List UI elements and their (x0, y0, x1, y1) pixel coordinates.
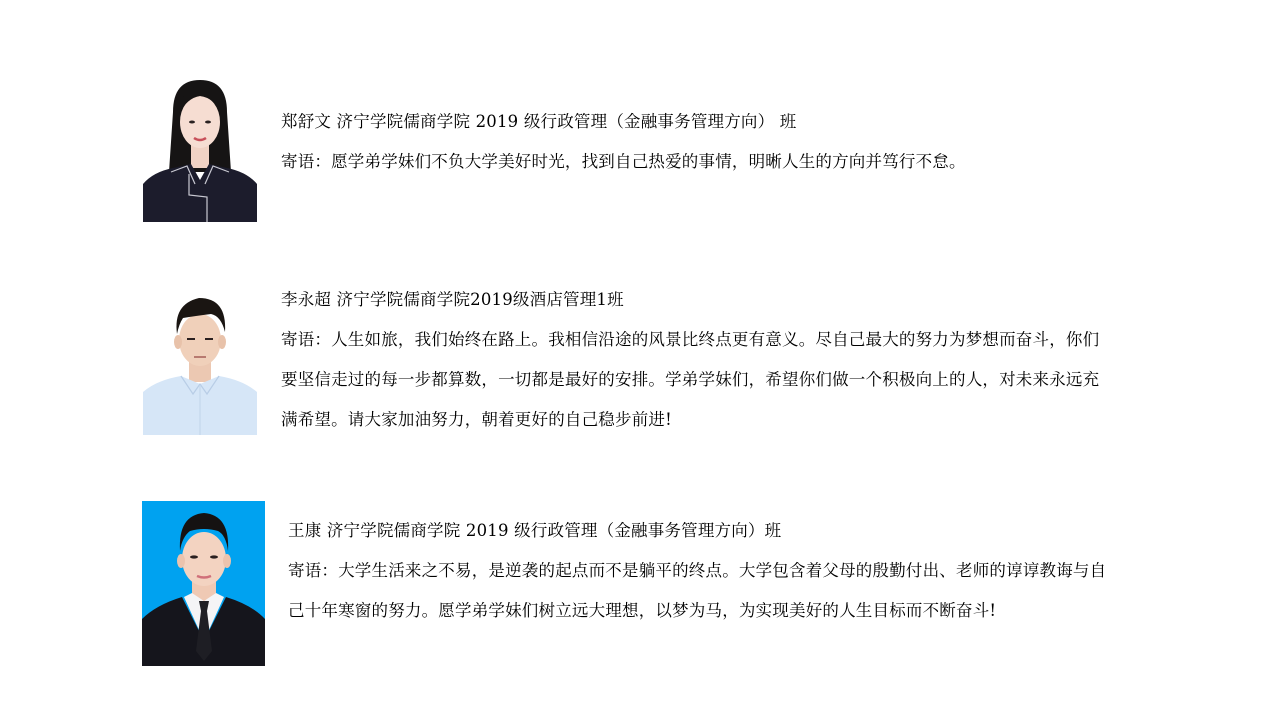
entry-3-text: 王康 济宁学院儒商学院 2019 级行政管理（金融事务管理方向）班 寄语：大学生… (288, 511, 1210, 631)
slide: 郑舒文 济宁学院儒商学院 2019 级行政管理（金融事务管理方向） 班 寄语：愿… (0, 0, 1280, 720)
portrait-photo-2 (143, 290, 257, 435)
entry-3-message-line-1: 寄语：大学生活来之不易，是逆袭的起点而不是躺平的终点。大学包含着父母的殷勤付出、… (288, 551, 1210, 591)
portrait-photo-3 (142, 501, 265, 666)
portrait-photo-1 (143, 72, 257, 222)
man-suit-portrait-icon (142, 501, 265, 666)
entry-2-text: 李永超 济宁学院儒商学院2019级酒店管理1班 寄语：人生如旅，我们始终在路上。… (281, 280, 1211, 440)
entry-1-text: 郑舒文 济宁学院儒商学院 2019 级行政管理（金融事务管理方向） 班 寄语：愿… (281, 102, 1211, 182)
entry-3-message-line-2: 己十年寒窗的努力。愿学弟学妹们树立远大理想，以梦为马，为实现美好的人生目标而不断… (288, 591, 1210, 631)
entry-2-header: 李永超 济宁学院儒商学院2019级酒店管理1班 (281, 280, 1211, 320)
man-portrait-icon (143, 290, 257, 435)
entry-3-header: 王康 济宁学院儒商学院 2019 级行政管理（金融事务管理方向）班 (288, 511, 1210, 551)
entry-2-message-line-1: 寄语：人生如旅，我们始终在路上。我相信沿途的风景比终点更有意义。尽自己最大的努力… (281, 320, 1211, 360)
entry-2-message-line-2: 要坚信走过的每一步都算数，一切都是最好的安排。学弟学妹们，希望你们做一个积极向上… (281, 360, 1211, 400)
entry-1-message-line-1: 寄语：愿学弟学妹们不负大学美好时光，找到自己热爱的事情，明晰人生的方向并笃行不怠… (281, 142, 1211, 182)
entry-2-message-line-3: 满希望。请大家加油努力，朝着更好的自己稳步前进! (281, 400, 1211, 440)
entry-1-header: 郑舒文 济宁学院儒商学院 2019 级行政管理（金融事务管理方向） 班 (281, 102, 1211, 142)
woman-portrait-icon (143, 72, 257, 222)
